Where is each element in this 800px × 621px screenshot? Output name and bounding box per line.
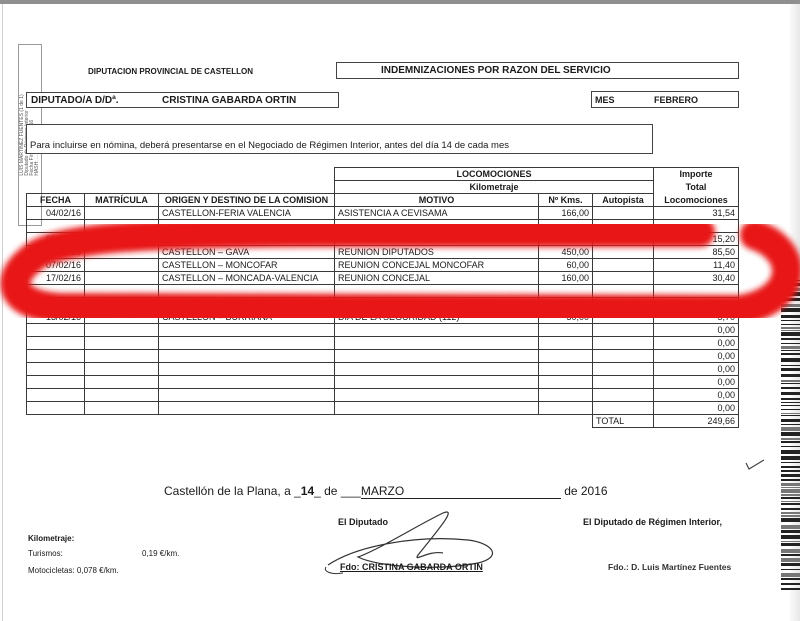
deputy-field: DIPUTADO/A D/Dª. CRISTINA GABARDA ORTIN [26,92,339,108]
expenses-table: LOCOMOCIONES Importe Kilometraje Total F… [26,167,739,428]
kilometraje-header: Kilometraje [335,181,654,194]
cell-toll [593,337,654,350]
cell-date: 12/02/16 [27,246,85,259]
cell-route [159,324,335,337]
table-row: 04/02/16CASTELLON-FERIA VALENCIAASISTENC… [27,207,739,220]
table-row: 14/02/16CASTELLON – CIRATREUNION106,0020… [27,298,739,311]
cell-amount: 85,50 [654,246,739,259]
header-row-1: LOCOMOCIONES Importe [27,168,739,181]
cell-toll [593,298,654,311]
cell-route: CASTELLON – MONCADA-VALENCIA [159,272,335,285]
cell-reason [335,324,539,337]
cell-amount: 0,00 [654,389,739,402]
cell-toll [593,376,654,389]
cell-amount: 11,40 [654,259,739,272]
cell-kms [539,389,593,402]
cell-kms: 30,00 [539,311,593,324]
cell-toll [593,324,654,337]
cell-kms: 106,00 [539,298,593,311]
table-row [27,220,739,233]
cell-kms [539,363,593,376]
cell-route [159,220,335,233]
col-fecha: FECHA [27,194,85,207]
col-origen-destino: ORIGEN Y DESTINO DE LA COMISION [159,194,335,207]
total-label: TOTAL [593,415,654,428]
cell-reason: REUNION CONCEJAL [335,272,539,285]
place-date-line: Castellón de la Plana, a _14_ de ___MARZ… [164,484,608,499]
cell-plate [85,285,159,298]
month-field: MES FEBRERO [591,91,739,108]
cell-kms: 450,00 [539,246,593,259]
cell-kms: 60,00 [539,259,593,272]
importe-header: Importe [654,168,739,181]
cell-toll [593,402,654,415]
cell-date [27,350,85,363]
cell-kms [539,324,593,337]
interior-sign-title: El Diputado de Régimen Interior, [583,517,722,527]
cell-date [27,324,85,337]
mileage-rate-cars: Turismos: 0,19 €/km. [28,549,63,558]
cell-reason [335,337,539,350]
deputy-sign-name: Fdo: CRISTINA GABARDA ORTIN [340,562,483,572]
cell-date: 07/02/16 [27,259,85,272]
cell-toll [593,259,654,272]
cell-plate [85,311,159,324]
table-body: 04/02/16CASTELLON-FERIA VALENCIAASISTENC… [27,207,739,415]
cell-route [159,350,335,363]
cell-amount: 0,00 [654,363,739,376]
cell-date [27,285,85,298]
cell-reason: REUNION CONCEJAL MONCOFAR [335,259,539,272]
cell-plate [85,363,159,376]
cell-amount: 0,00 [654,324,739,337]
barcode-icon [781,280,800,590]
submission-note: Para incluirse en nómina, deberá present… [26,124,653,154]
cell-amount: 31,54 [654,207,739,220]
cell-plate [85,233,159,246]
cell-amount: 5,70 [654,311,739,324]
col-kms: Nº Kms. [539,194,593,207]
organization-name: DIPUTACION PROVINCIAL DE CASTELLON [88,67,253,76]
cell-kms [539,376,593,389]
cell-route [159,337,335,350]
deputy-label: DIPUTADO/A D/Dª. [31,95,119,106]
day-value: 14 [301,484,314,498]
col-matricula: MATRÍCULA [85,194,159,207]
cell-toll [593,311,654,324]
cell-amount: 0,00 [654,402,739,415]
cell-reason [335,350,539,363]
cell-date: 05/02/16 [27,233,85,246]
cell-kms: 80,00 [539,233,593,246]
cell-reason: REUNION [335,298,539,311]
page-left-edge [2,4,3,621]
table-row: 17/02/16CASTELLON – MONCADA-VALENCIAREUN… [27,272,739,285]
cell-date: 14/02/16 [27,298,85,311]
total-value: 249,66 [654,415,739,428]
cell-kms: 166,00 [539,207,593,220]
cell-plate [85,246,159,259]
cell-kms [539,402,593,415]
cell-amount: 20,14 [654,298,739,311]
cell-route: CASTELLON- TALES [159,233,335,246]
cell-date [27,389,85,402]
col-motivo: MOTIVO [335,194,539,207]
cell-plate [85,324,159,337]
place-prefix: Castellón de la Plana, a _ [164,484,301,498]
cell-kms [539,350,593,363]
cell-plate [85,259,159,272]
header-spacer [27,168,335,181]
cell-date [27,337,85,350]
cell-toll [593,363,654,376]
month-value: FEBRERO [654,95,698,105]
month-label: MES [595,95,615,105]
cell-date [27,363,85,376]
table-row: 0,00 [27,389,739,402]
cell-toll [593,207,654,220]
cell-route [159,402,335,415]
cell-toll [593,285,654,298]
cell-plate [85,389,159,402]
cell-plate [85,220,159,233]
table-row: 0,00 [27,350,739,363]
cell-route [159,376,335,389]
cell-reason: REUNION CONCEJAL TALES [335,233,539,246]
column-header-row: FECHA MATRÍCULA ORIGEN Y DESTINO DE LA C… [27,194,739,207]
cell-kms [539,285,593,298]
table-row: 0,00 [27,337,739,350]
form-title: INDEMNIZACIONES POR RAZON DEL SERVICIO [336,62,739,79]
cell-plate [85,272,159,285]
table-row: 13/02/16CASTELLON – BURRIANADIA DE LA SE… [27,311,739,324]
cell-kms [539,337,593,350]
total-header: Total [654,181,739,194]
cell-toll [593,246,654,259]
col-locomociones: Locomociones [654,194,739,207]
cell-reason: ASISTENCIA A CEVISAMA [335,207,539,220]
cell-amount [654,220,739,233]
month-written: MARZO [361,484,561,499]
cell-toll [593,220,654,233]
cell-route: CASTELLON – BURRIANA [159,311,335,324]
header-spacer [27,181,335,194]
rate-value: 0,19 €/km. [142,549,179,558]
cell-amount: 0,00 [654,350,739,363]
mileage-title: Kilometraje: [28,534,74,543]
rate-label: Turismos: [28,549,63,558]
cell-amount [654,285,739,298]
cell-date [27,376,85,389]
table-row: 05/02/16CASTELLON- TALESREUNION CONCEJAL… [27,233,739,246]
cell-toll [593,233,654,246]
cell-plate [85,337,159,350]
table-row: 0,00 [27,376,739,389]
cell-toll [593,350,654,363]
cell-plate [85,376,159,389]
place-mid: _ de ___ [314,484,361,498]
cell-toll [593,272,654,285]
cell-reason [335,376,539,389]
cell-reason [335,285,539,298]
total-row: TOTAL 249,66 [27,415,739,428]
cell-amount: 0,00 [654,376,739,389]
locomociones-header: LOCOMOCIONES [335,168,654,181]
cell-plate [85,207,159,220]
cell-amount: 30,40 [654,272,739,285]
mileage-rate-motorcycles: Motocicletas: 0,078 €/km. [28,566,119,575]
cell-toll [593,389,654,402]
header-row-2: Kilometraje Total [27,181,739,194]
cell-route [159,285,335,298]
table-row [27,285,739,298]
cell-date: 04/02/16 [27,207,85,220]
year-text: de 2016 [564,484,607,498]
cell-amount: 0,00 [654,337,739,350]
cell-kms [539,220,593,233]
cell-reason [335,402,539,415]
cell-reason: DIA DE LA SEGURIDAD (112) [335,311,539,324]
cell-reason [335,363,539,376]
cell-plate [85,350,159,363]
interior-sign-name: Fdo.: D. Luis Martínez Fuentes [608,562,731,572]
cell-reason: REUNION DIPUTADOS [335,246,539,259]
table-row: 12/02/16CASTELLON – GAVAREUNION DIPUTADO… [27,246,739,259]
table-row: 0,00 [27,402,739,415]
total-spacer [27,415,593,428]
cell-date [27,220,85,233]
cell-reason [335,389,539,402]
cell-route [159,363,335,376]
scan-top-edge [0,0,800,4]
checkmark-icon [744,457,766,471]
cell-date: 17/02/16 [27,272,85,285]
cell-date [27,402,85,415]
cell-plate [85,298,159,311]
cell-route: CASTELLON – GAVA [159,246,335,259]
cell-date: 13/02/16 [27,311,85,324]
cell-reason [335,220,539,233]
cell-plate [85,402,159,415]
cell-route: CASTELLON – MONCOFAR [159,259,335,272]
cell-route: CASTELLON – CIRAT [159,298,335,311]
table-row: 0,00 [27,363,739,376]
cell-route: CASTELLON-FERIA VALENCIA [159,207,335,220]
cell-kms: 160,00 [539,272,593,285]
rate-label: Motocicletas: 0,078 €/km. [28,566,119,575]
table-row: 0,00 [27,324,739,337]
table-row: 07/02/16CASTELLON – MONCOFARREUNION CONC… [27,259,739,272]
col-autopista: Autopista [593,194,654,207]
cell-amount: 15,20 [654,233,739,246]
deputy-name: CRISTINA GABARDA ORTIN [162,95,296,106]
cell-route [159,389,335,402]
